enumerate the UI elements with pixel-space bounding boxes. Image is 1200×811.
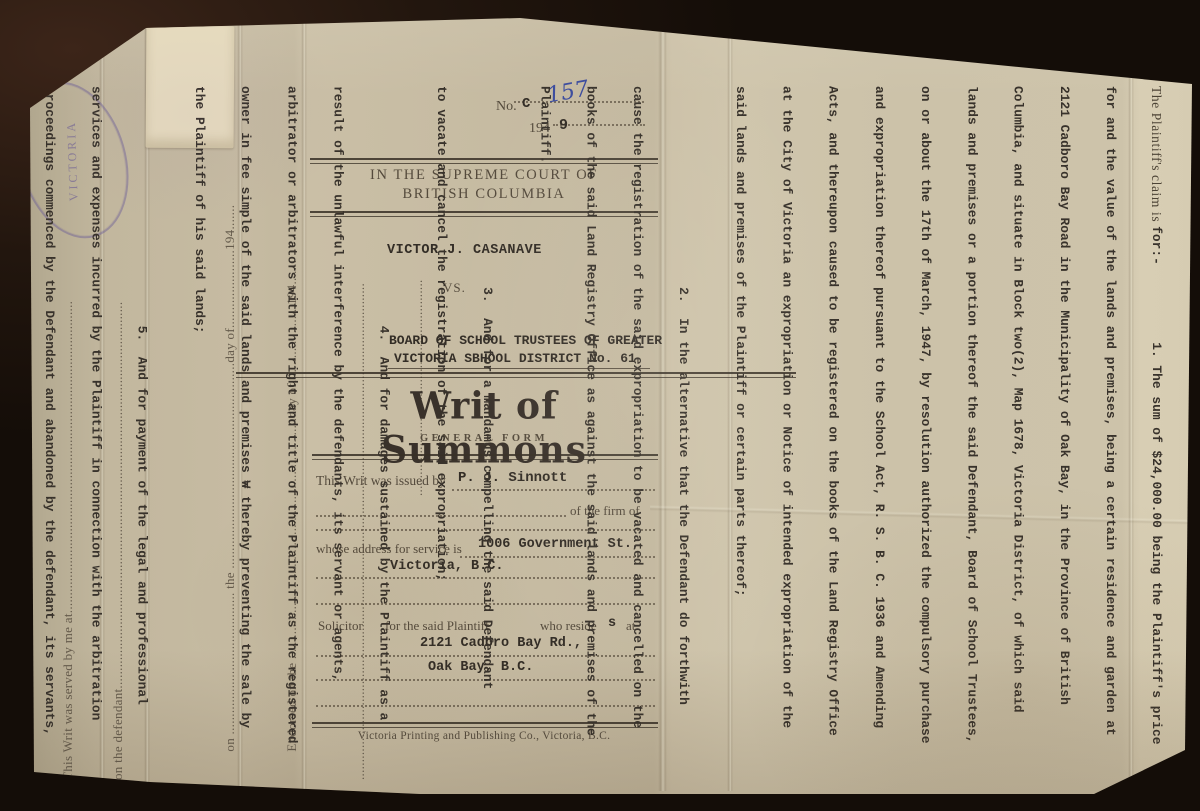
claim-line: arbitrator or arbitrators with the right… xyxy=(284,86,299,762)
claim-line: on or about the 17th of March, 1947, by … xyxy=(918,86,933,762)
claim-heading-line: The Plaintiff's claim is for:- 1. The su… xyxy=(1149,86,1164,762)
claim-line: for and the value of the lands and premi… xyxy=(1103,86,1118,762)
claim-line: and expropriation thereof pursuant to th… xyxy=(871,86,886,762)
claim-line: 2121 Cadboro Bay Road in the Municipalit… xyxy=(1056,86,1071,762)
claim-line: Columbia, and situate in Block two(2), M… xyxy=(1010,86,1025,762)
claim-line: services and expenses incurred by the Pl… xyxy=(88,86,103,762)
claim-line: said lands and premises of the Plaintiff… xyxy=(733,86,748,762)
claim-line: agents and arbitrators; xyxy=(0,86,11,762)
claim-line: 4. And for damages sustained by the Plai… xyxy=(376,86,391,762)
claim-line: 2. In the alternative that the Defendant… xyxy=(676,86,691,762)
claim-line: Acts, and thereupon caused to be registe… xyxy=(825,86,840,762)
claim-line: result of the unlawful interference by t… xyxy=(330,86,345,762)
claim-line: proceedings commenced by the Defendant a… xyxy=(42,86,57,762)
claim-heading-print: The Plaintiff's claim is xyxy=(1149,86,1164,226)
document-paper: VICTORIA This Writ was served by me at..… xyxy=(0,0,1200,811)
claim-line: lands and premises or a portion thereof … xyxy=(964,86,979,762)
scan-background: { "document": { "case_no_label": "No.", … xyxy=(0,0,1200,811)
claim-heading-typed: for:- 1. The sum of $24,000.00 being the… xyxy=(1149,226,1164,744)
claim-line: to vacate and cancel the registration of… xyxy=(434,86,449,762)
claim-line: cause the registration of the said expro… xyxy=(629,86,644,762)
claim-line: books of the said Land Registry Office a… xyxy=(583,86,598,762)
claim-line: Plaintiff. xyxy=(537,86,552,762)
claim-block: The Plaintiff's claim is for:- 1. The su… xyxy=(654,86,1200,762)
claim-line: 5. And for payment of the legal and prof… xyxy=(134,86,149,762)
claim-line: at the City of Victoria an expropriation… xyxy=(779,86,794,762)
claim-line: the Plaintiff of his said lands; xyxy=(191,86,206,762)
claim-line: owner in fee simple of the said lands an… xyxy=(238,86,253,762)
claim-line: 3. And for a mandamus compelling the sai… xyxy=(480,86,495,762)
